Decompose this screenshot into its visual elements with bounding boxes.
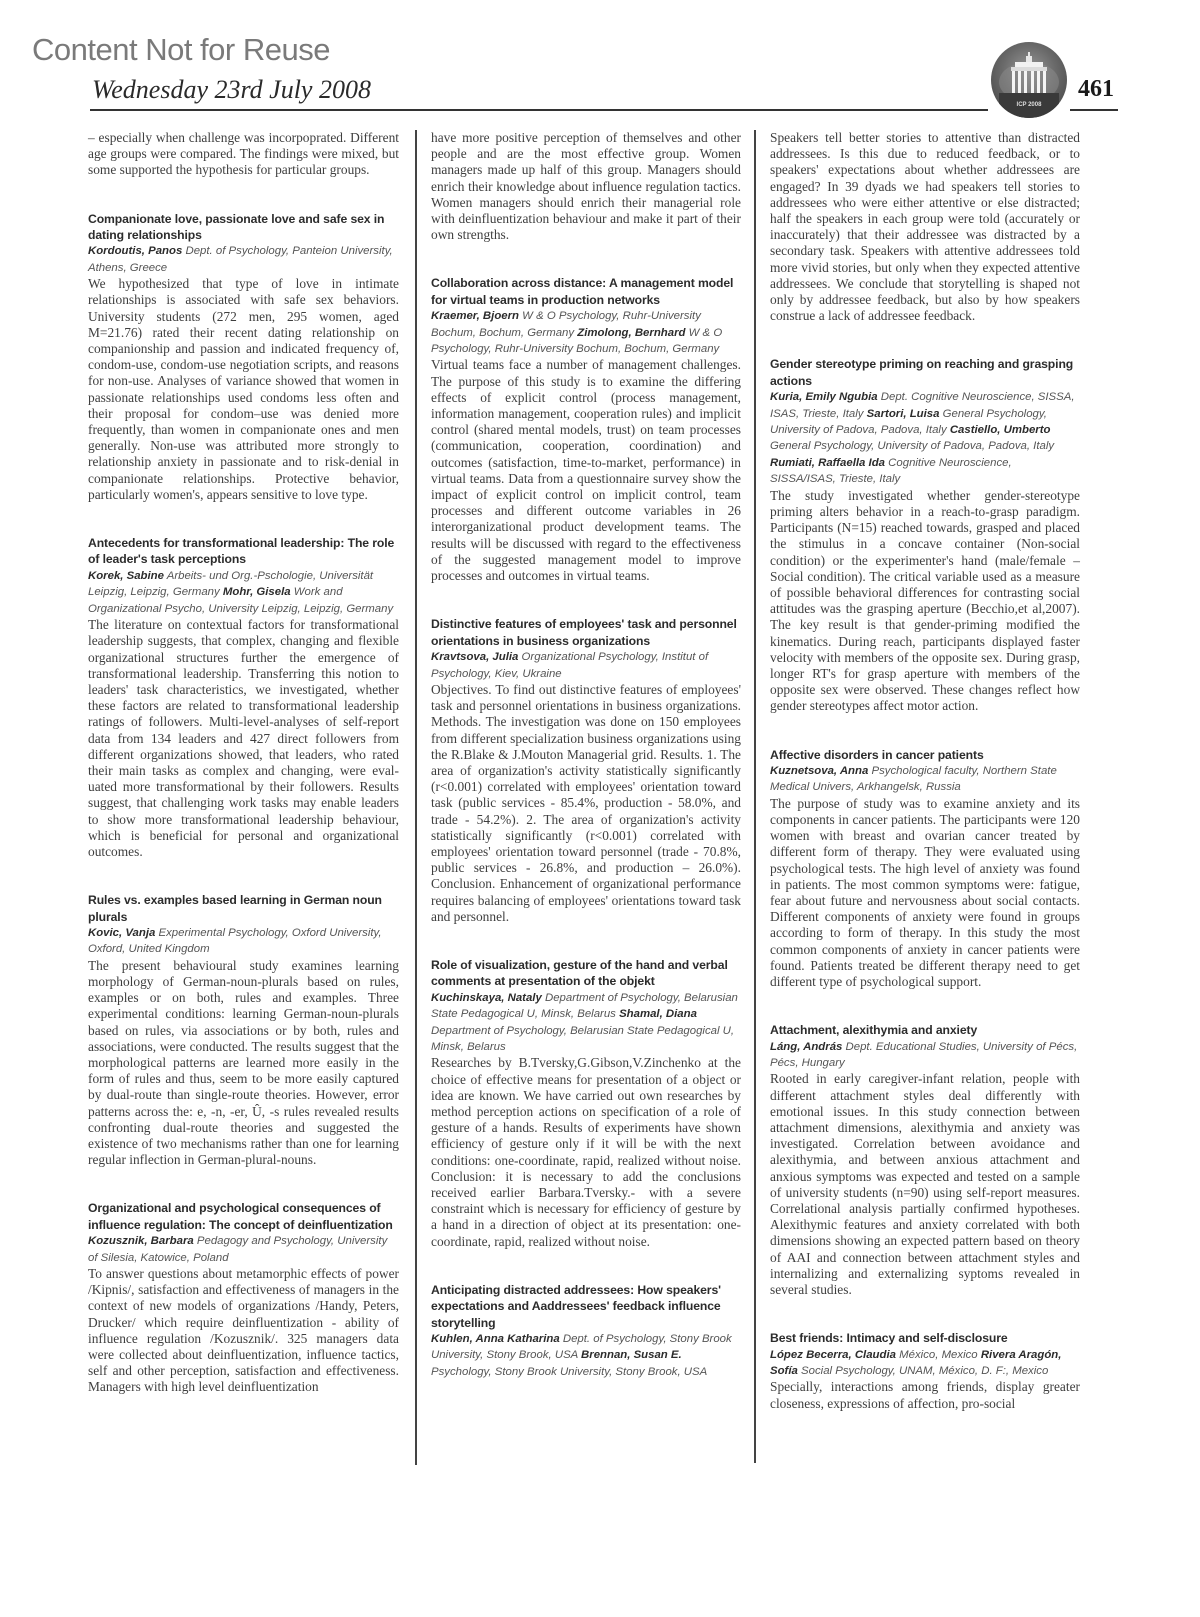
author-name: Kraemer, Bjoern xyxy=(431,310,519,322)
abstract-body: The study investigated whether gender-st… xyxy=(770,488,1080,715)
abstract-title: Anticipating distracted addressees: How … xyxy=(431,1282,741,1331)
column-divider xyxy=(754,130,756,1463)
author-list: Kravtsova, Julia Organizational Psycholo… xyxy=(431,649,741,682)
author-list: López Becerra, Claudia México, Mexico Ri… xyxy=(770,1347,1080,1380)
abstract: Collaboration across distance: A managem… xyxy=(431,275,741,584)
abstract: Rules vs. examples based learning in Ger… xyxy=(88,892,399,1168)
abstract: Attachment, alexithymia and anxiety Láng… xyxy=(770,1022,1080,1298)
column-3: Speakers tell better stories to attentiv… xyxy=(770,130,1080,1444)
header-rule-right xyxy=(1070,109,1118,111)
abstract-body: Specially, interactions among friends, d… xyxy=(770,1379,1080,1411)
author-affiliation: Psychology, Stony Brook University, Ston… xyxy=(431,1366,707,1378)
author-name: Rumiati, Raffaella Ida xyxy=(770,457,885,469)
abstract-columns: – especially when challenge was incorpop… xyxy=(88,130,1120,1540)
abstract-title: Attachment, alexithymia and anxiety xyxy=(770,1022,1080,1038)
column-1: – especially when challenge was incorpop… xyxy=(88,130,399,1428)
abstract-title: Best friends: Intimacy and self-disclosu… xyxy=(770,1330,1080,1346)
abstract: Gender stereotype priming on reaching an… xyxy=(770,356,1080,714)
author-affiliation: Social Psychology, UNAM, México, D. F:, … xyxy=(801,1365,1048,1377)
column-2: have more positive perception of themsel… xyxy=(431,130,741,1412)
continued-abstract-text: Speakers tell better stories to attentiv… xyxy=(770,130,1080,324)
author-list: Kuria, Emily Ngubia Dept. Cognitive Neur… xyxy=(770,389,1080,487)
watermark: Content Not for Reuse xyxy=(32,32,330,68)
svg-text:ICP 2008: ICP 2008 xyxy=(1017,102,1043,108)
abstract-body: The literature on contextual factors for… xyxy=(88,617,399,860)
author-name: López Becerra, Claudia xyxy=(770,1349,896,1361)
abstract: Affective disorders in cancer patients K… xyxy=(770,747,1080,991)
author-name: Láng, András xyxy=(770,1041,842,1053)
brandenburg-gate-logo-icon: ICP 2008 xyxy=(991,42,1067,118)
author-name: Kovic, Vanja xyxy=(88,927,155,939)
author-name: Kordoutis, Panos xyxy=(88,245,182,257)
abstract: Antecedents for transformational leaders… xyxy=(88,535,399,860)
author-list: Kovic, Vanja Experimental Psychology, Ox… xyxy=(88,925,399,958)
author-name: Zimolong, Bernhard xyxy=(577,327,685,339)
abstract-body: Researches by B.Tversky,G.Gibson,V.Zinch… xyxy=(431,1055,741,1249)
author-affiliation: General Psychology, University of Padova… xyxy=(770,440,1054,452)
abstract-title: Distinctive features of employees' task … xyxy=(431,616,741,649)
abstract: Role of visualization, gesture of the ha… xyxy=(431,957,741,1250)
author-name: Shamal, Diana xyxy=(619,1008,697,1020)
abstract: Best friends: Intimacy and self-disclosu… xyxy=(770,1330,1080,1412)
abstract-title: Rules vs. examples based learning in Ger… xyxy=(88,892,399,925)
abstract-body: To answer questions about metamorphic ef… xyxy=(88,1266,399,1396)
abstract: Anticipating distracted addressees: How … xyxy=(431,1282,741,1380)
author-name: Kuria, Emily Ngubia xyxy=(770,391,878,403)
abstract-title: Collaboration across distance: A managem… xyxy=(431,275,741,308)
abstract-body: Rooted in early caregiver-infant relatio… xyxy=(770,1071,1080,1298)
author-name: Kuchinskaya, Nataly xyxy=(431,992,542,1004)
author-name: Mohr, Gisela xyxy=(223,586,291,598)
author-name: Kuznetsova, Anna xyxy=(770,765,868,777)
author-list: Kozusznik, Barbara Pedagogy and Psycholo… xyxy=(88,1233,399,1266)
abstract-body: Virtual teams face a number of managemen… xyxy=(431,357,741,584)
author-name: Kravtsova, Julia xyxy=(431,651,518,663)
abstract-title: Gender stereotype priming on reaching an… xyxy=(770,356,1080,389)
abstract-title: Role of visualization, gesture of the ha… xyxy=(431,957,741,990)
abstract-title: Organizational and psychological consequ… xyxy=(88,1200,399,1233)
abstract-body: Objectives. To find out distinctive feat… xyxy=(431,682,741,925)
continued-abstract-text: have more positive perception of themsel… xyxy=(431,130,741,243)
abstract: Distinctive features of employees' task … xyxy=(431,616,741,925)
author-list: Kuznetsova, Anna Psychological faculty, … xyxy=(770,763,1080,796)
author-name: Brennan, Susan E. xyxy=(581,1349,682,1361)
author-list: Kordoutis, Panos Dept. of Psychology, Pa… xyxy=(88,243,399,276)
author-list: Kuhlen, Anna Katharina Dept. of Psycholo… xyxy=(431,1331,741,1380)
author-affiliation: Department of Psychology, Belarusian Sta… xyxy=(431,1025,734,1053)
header-date: Wednesday 23rd July 2008 xyxy=(92,75,371,105)
author-list: Láng, András Dept. Educational Studies, … xyxy=(770,1039,1080,1072)
author-name: Kuhlen, Anna Katharina xyxy=(431,1333,560,1345)
abstract-title: Companionate love, passionate love and s… xyxy=(88,211,399,244)
author-name: Kozusznik, Barbara xyxy=(88,1235,194,1247)
page-number: 461 xyxy=(1078,76,1114,103)
author-affiliation: México, Mexico xyxy=(899,1349,978,1361)
header-rule xyxy=(90,109,988,111)
continued-abstract-text: – especially when challenge was incorpop… xyxy=(88,130,399,179)
abstract-title: Affective disorders in cancer patients xyxy=(770,747,1080,763)
abstract-body: The present behavioural study examines l… xyxy=(88,958,399,1169)
author-list: Kuchinskaya, Nataly Department of Psycho… xyxy=(431,990,741,1056)
author-name: Castiello, Umberto xyxy=(950,424,1051,436)
column-divider xyxy=(415,130,417,1465)
author-name: Sartori, Luisa xyxy=(867,408,940,420)
author-list: Kraemer, Bjoern W & O Psychology, Ruhr-U… xyxy=(431,308,741,357)
page-header: Wednesday 23rd July 2008 ICP 2008 461 xyxy=(90,72,1118,112)
abstract: Companionate love, passionate love and s… xyxy=(88,211,399,503)
abstract: Organizational and psychological consequ… xyxy=(88,1200,399,1395)
abstract-body: We hypothesized that type of love in int… xyxy=(88,276,399,503)
abstract-body: The purpose of study was to examine anxi… xyxy=(770,796,1080,990)
abstract-title: Antecedents for transformational leaders… xyxy=(88,535,399,568)
author-name: Korek, Sabine xyxy=(88,570,164,582)
author-list: Korek, Sabine Arbeits- und Org.-Pscholog… xyxy=(88,568,399,617)
